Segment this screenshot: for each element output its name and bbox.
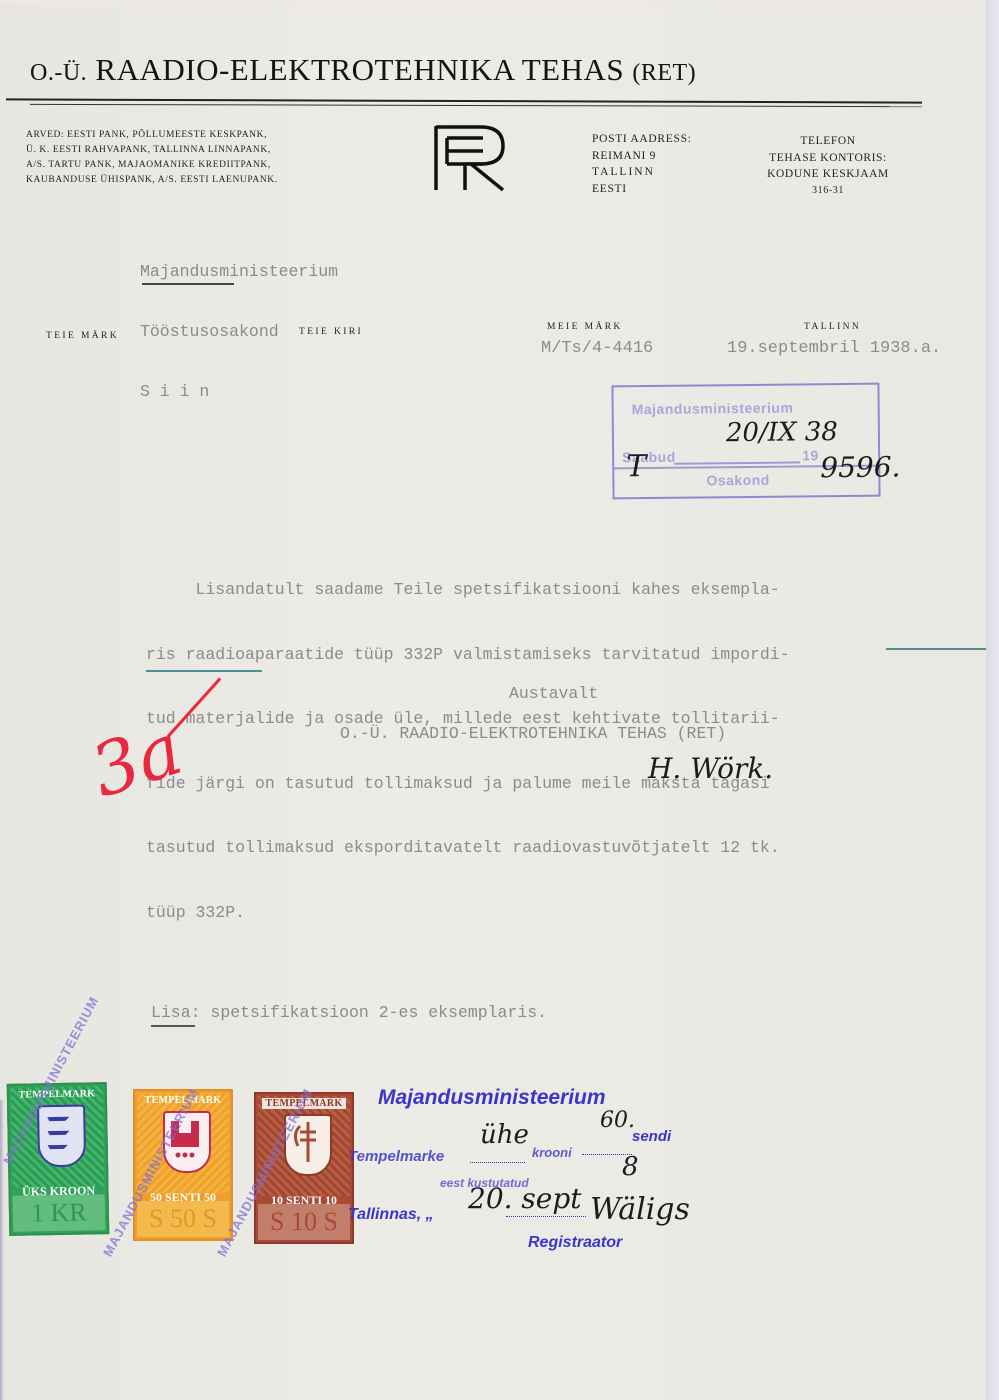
banks-line: KAUBANDUSE ÜHISPANK, A/S. EESTI LAENUPAN… (26, 173, 278, 188)
banks-line: ARVED: EESTI PANK, PÕLLUMEESTE KESKPANK, (26, 128, 278, 143)
stamp-label: TEMPELMARK (9, 1088, 105, 1101)
stamp-bottom: S 50 S (137, 1201, 229, 1237)
phone-label: TELEFON (748, 133, 908, 150)
closing-signature: H. Wörk. (648, 752, 773, 785)
letter-date: 19.septembril 1938.a. (727, 339, 941, 358)
cancellation-line1-prefix: Tempelmarke (348, 1148, 444, 1165)
addressee-underline (142, 283, 234, 285)
received-handwritten-number: 9596. (820, 450, 901, 484)
body-line: tasutud tollimaksud eksporditavatelt raa… (146, 837, 790, 859)
phone-line1: TEHASE KONTORIS: (748, 150, 908, 167)
received-handwritten-dept: T (626, 449, 646, 484)
cancellation-line1-suffix: sendi (632, 1128, 671, 1145)
received-handwritten-date: 20/IX 38 (726, 417, 838, 448)
cancellation-handwritten-amount: ühe (480, 1120, 529, 1150)
stamp-bottom: 1 KR (13, 1194, 106, 1232)
addressee-line3: S i i n (140, 382, 338, 402)
banks-block: ARVED: EESTI PANK, PÕLLUMEESTE KESKPANK,… (26, 128, 278, 188)
our-mark-value: M/Ts/4-4416 (541, 339, 653, 358)
company-name: RAADIO-ELEKTROTEHNIKA TEHAS (95, 52, 624, 87)
enclosure-label: Lisa (151, 1003, 191, 1022)
body-line: tüüp 332P. (146, 902, 790, 924)
banks-line: A/S. TARTU PANK, MAJAOMANIKE KREDIITPANK… (26, 158, 278, 173)
cancellation-header: Majandusministeerium (378, 1086, 606, 1110)
stamp-bottom: S 10 S (258, 1204, 350, 1240)
body-line: ris raadioaparaatide tüüp 332P valmistam… (146, 644, 790, 666)
postal-city: TALLINN (592, 164, 692, 181)
page-edge-left (0, 1100, 4, 1400)
your-letter-label: TEIE KIRI (299, 327, 363, 337)
closing-company: O.-Ü. RAADIO-ELEKTROTEHNIKA TEHAS (RET) (340, 724, 726, 743)
our-mark-label: MEIE MÄRK (547, 322, 623, 332)
phone-block: TELEFON TEHASE KONTORIS: KODUNE KESKJAAM… (748, 133, 908, 199)
addressee-block: Majandusministeerium Tööstusosakond S i … (140, 222, 338, 422)
received-stamp-header: Majandusministeerium (632, 400, 794, 418)
received-stamp: Majandusministeerium Saabud 19 Osakond 2… (611, 383, 880, 500)
place-label: TALLINN (804, 322, 861, 332)
closing-salutation: Austavalt (509, 684, 598, 703)
pencil-underline-qty (886, 648, 986, 650)
cancellation-handwritten-cents: 60. (600, 1108, 635, 1133)
postal-country: EESTI (592, 181, 692, 198)
page-edge-top (0, 0, 999, 6)
postal-label: POSTI AADRESS: (592, 131, 692, 148)
page-edge-right (986, 0, 999, 1400)
banks-line: Ü. K. EESTI RAHVAPANK, TALLINNA LINNAPAN… (26, 143, 278, 158)
cancellation-line3-blank (506, 1216, 586, 1217)
company-prefix: O.-Ü. (30, 60, 87, 86)
cancellation-line1-mid: krooni (532, 1145, 572, 1160)
received-stamp-dept: Osakond (706, 472, 770, 489)
enclosure-text: : spetsifikatsioon 2-es eksemplaris. (191, 1003, 547, 1022)
body-line: Lisandatult saadame Teile spetsifikatsio… (146, 579, 790, 601)
addressee-line1: Majandusministeerium (140, 262, 338, 282)
your-mark-label: TEIE MÄRK (46, 331, 119, 341)
registrar-label: Registraator (528, 1234, 622, 1252)
cancellation-line1-blank (470, 1162, 525, 1163)
three-lions-shield-icon (37, 1105, 86, 1168)
enclosure-line: Lisa: spetsifikatsioon 2-es eksemplaris. (151, 1003, 547, 1022)
cancellation-handwritten-date: 20. sept (468, 1182, 582, 1215)
received-stamp-line (674, 461, 800, 464)
phone-line2: KODUNE KESKJAAM (748, 166, 908, 183)
pencil-underline-type (146, 670, 262, 672)
revenue-stamp-1-kroon: TEMPELMARK ÜKS KROON 1 KR (7, 1082, 110, 1236)
postal-address: POSTI AADRESS: REIMANI 9 TALLINN EESTI (592, 131, 692, 197)
company-title: O.-Ü. RAADIO-ELEKTROTEHNIKA TEHAS (RET) (30, 52, 696, 88)
ret-logo-icon (433, 124, 505, 192)
phone-number: 316-31 (748, 183, 908, 200)
postal-street: REIMANI 9 (592, 148, 692, 165)
received-stamp-year: 19 (802, 447, 819, 463)
enclosure-underline (151, 1025, 195, 1027)
cancellation-line3-prefix: Tallinnas, „ (348, 1206, 434, 1224)
company-abbr: (RET) (632, 60, 696, 86)
cancellation-handwritten-day: 8 (622, 1152, 639, 1182)
registrar-signature: Wäligs (590, 1192, 690, 1227)
